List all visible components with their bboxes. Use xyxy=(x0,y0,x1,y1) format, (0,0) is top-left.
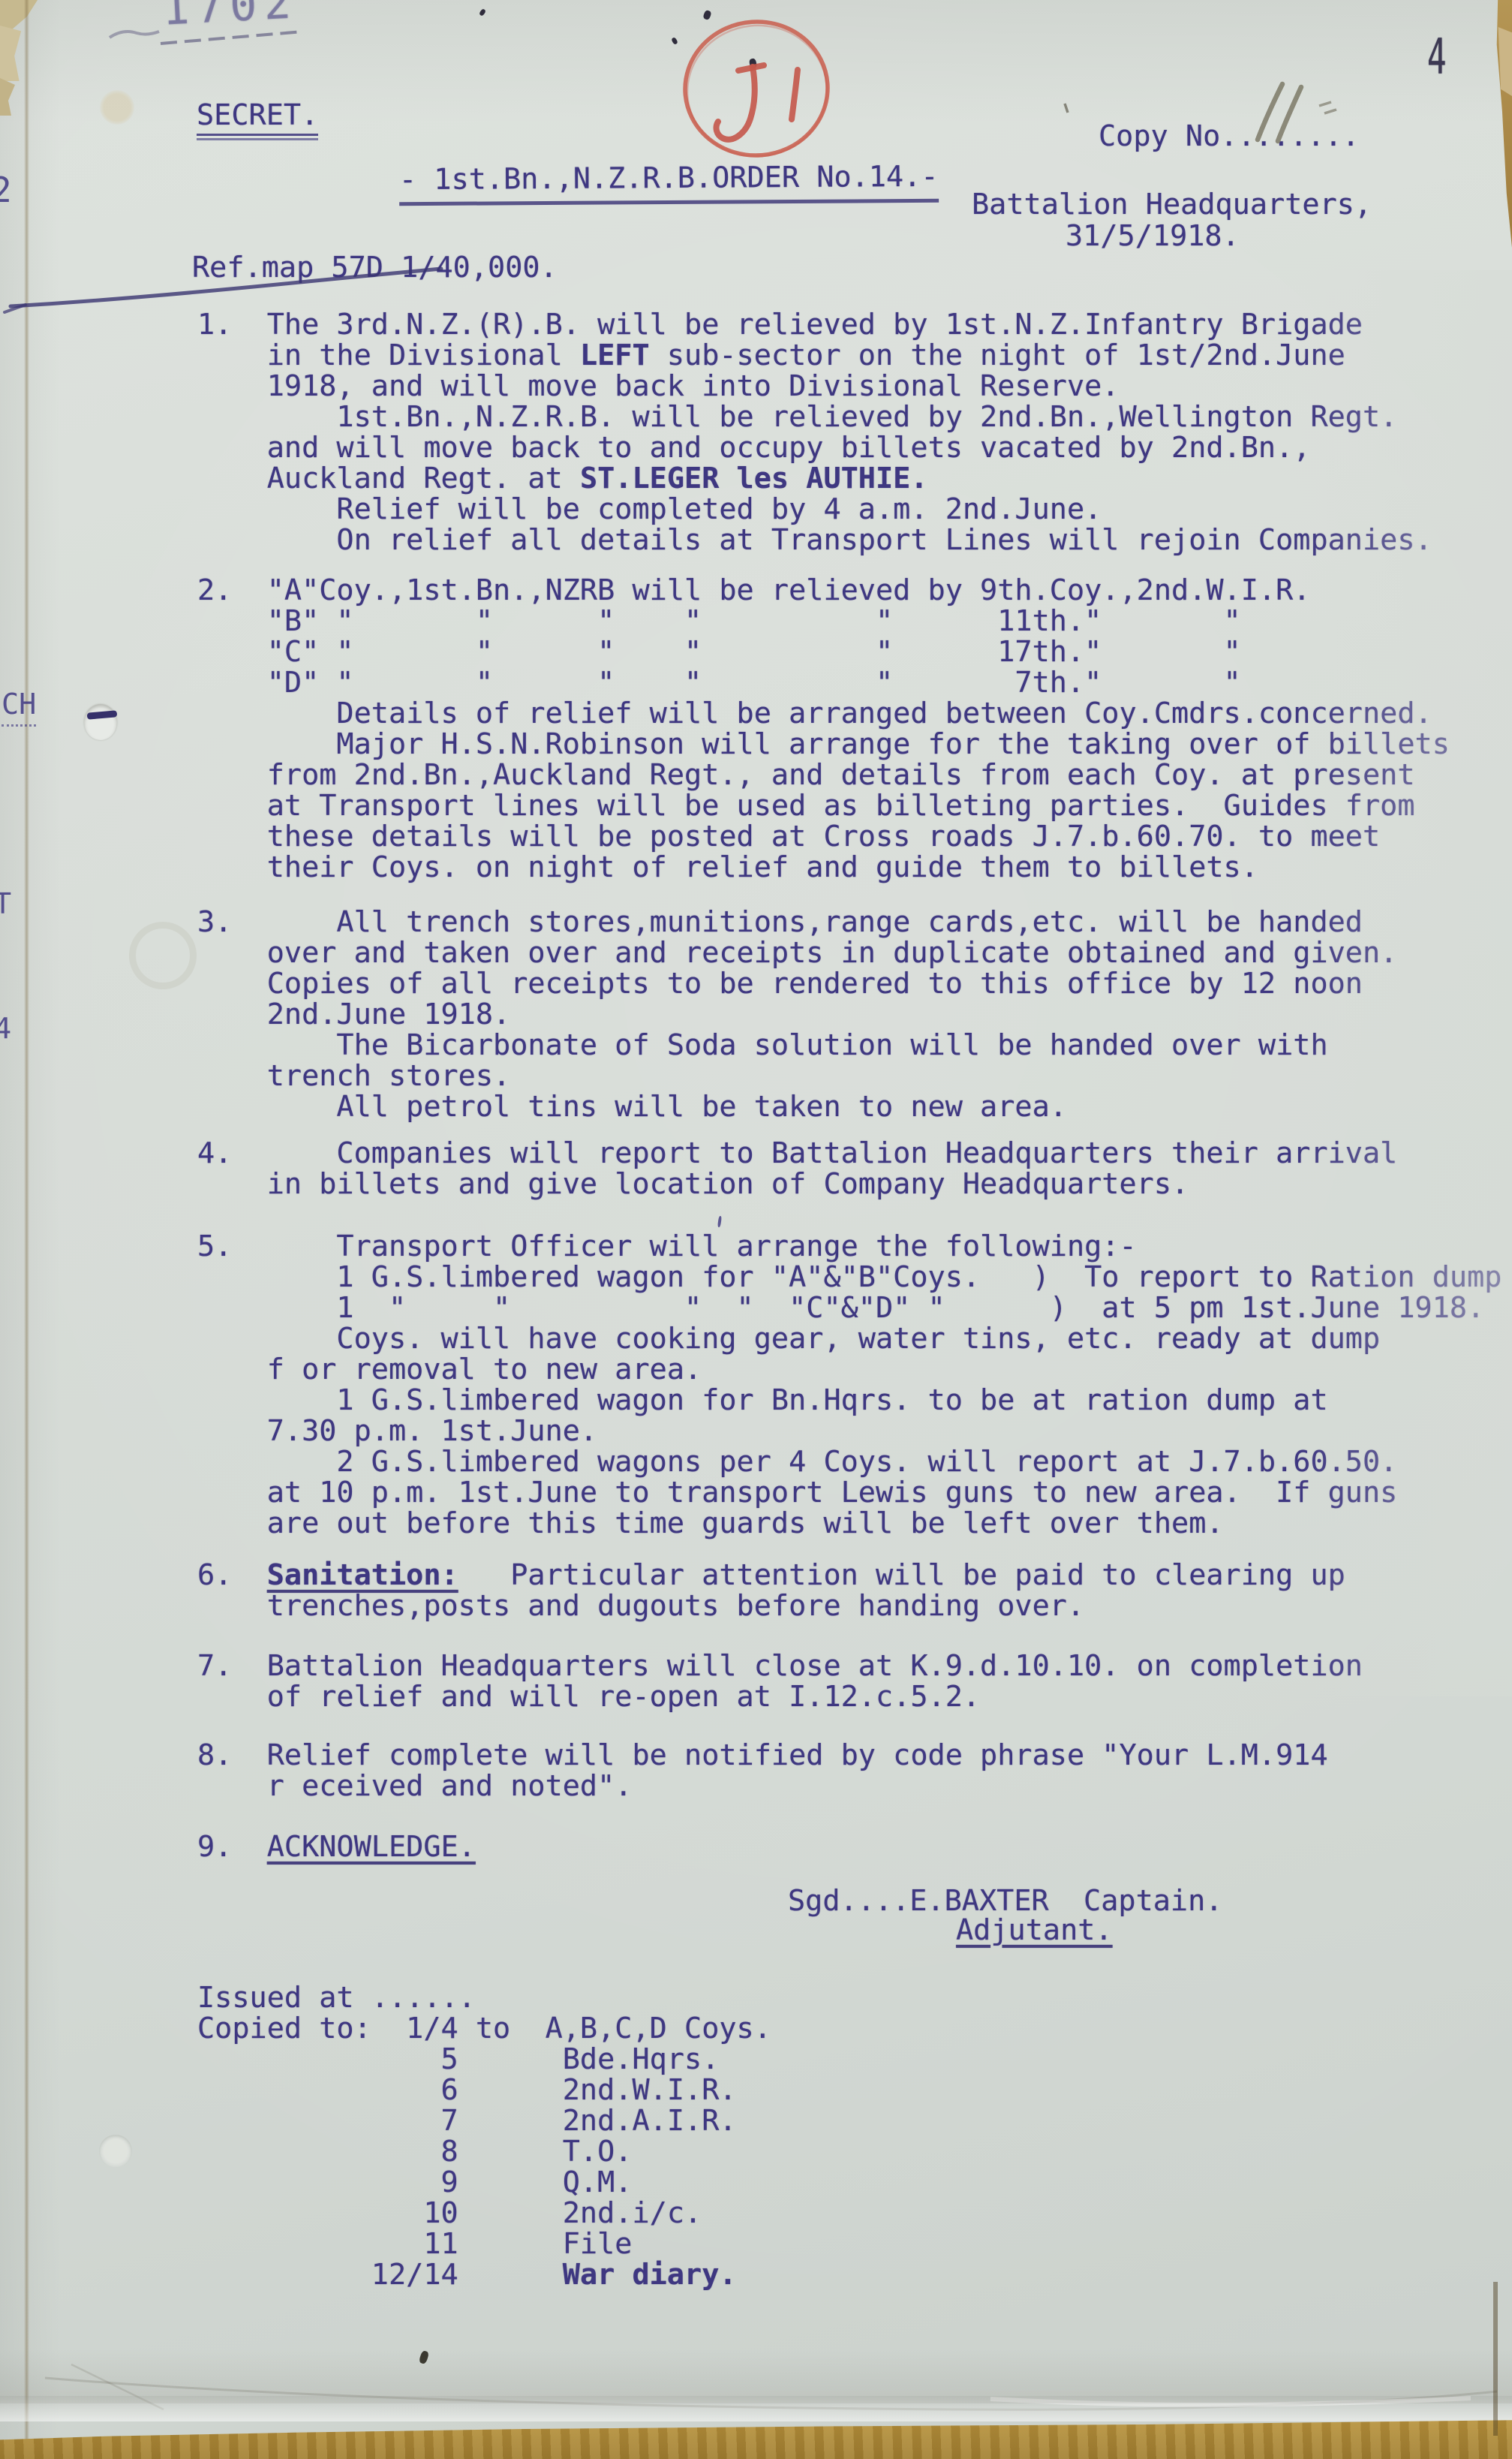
hole-punch xyxy=(99,2135,132,2168)
document-page: 2 CH T 4 1702 4 SECRET. Copy No........ … xyxy=(0,0,1512,2459)
order-title: - 1st.Bn.,N.Z.R.B.ORDER No.14.- xyxy=(399,161,939,206)
paragraph-3: 3. All trench stores,munitions,range car… xyxy=(197,907,1397,1122)
document-line: 7. Battalion Headquarters will close at … xyxy=(197,1651,1363,1681)
paragraph-2: 2. "A"Coy.,1st.Bn.,NZRB will be relieved… xyxy=(197,575,1450,883)
document-line: Details of relief will be arranged betwe… xyxy=(197,698,1450,729)
hole-punch xyxy=(84,704,117,740)
copy-number-line: Copy No........ xyxy=(1099,121,1360,152)
document-line: trench stores. xyxy=(197,1061,1397,1091)
paragraph-6: 6. Sanitation: Particular attention will… xyxy=(197,1560,1345,1621)
red-stamp-J1 xyxy=(681,17,834,164)
document-line: Adjutant. xyxy=(956,1915,1113,1946)
document-line: at Transport lines will be used as bille… xyxy=(197,790,1450,821)
document-line: "D" " " " " " 7th." " xyxy=(197,667,1450,698)
margin-fragment: 2 xyxy=(0,170,12,210)
copy-number-label: Copy No. xyxy=(1099,119,1237,153)
document-line: their Coys. on night of relief and guide… xyxy=(197,852,1450,883)
document-line: over and taken over and receipts in dupl… xyxy=(197,938,1397,968)
document-line: of relief and will re-open at I.12.c.5.2… xyxy=(197,1681,1363,1712)
document-line: Major H.S.N.Robinson will arrange for th… xyxy=(197,729,1450,760)
paragraph-7: 7. Battalion Headquarters will close at … xyxy=(197,1651,1363,1712)
binding-seam xyxy=(24,0,29,2459)
document-line: 12/14 War diary. xyxy=(197,2259,771,2290)
paragraph-1: 1. The 3rd.N.Z.(R).B. will be relieved b… xyxy=(197,309,1432,555)
document-line: 9 Q.M. xyxy=(197,2167,771,2198)
document-line: 5 Bde.Hqrs. xyxy=(197,2044,771,2075)
document-line: in billets and give location of Company … xyxy=(197,1169,1397,1199)
torn-paper-chunk xyxy=(0,78,15,116)
document-line: "C" " " " " " 17th." " xyxy=(197,637,1450,667)
document-line: these details will be posted at Cross ro… xyxy=(197,821,1450,852)
document-line: Issued at ...... xyxy=(197,1982,771,2013)
paragraph-4: 4. Companies will report to Battalion He… xyxy=(197,1138,1397,1199)
document-line: All petrol tins will be taken to new are… xyxy=(197,1091,1397,1122)
signature-role: Adjutant. xyxy=(956,1915,1113,1946)
document-line: On relief all details at Transport Lines… xyxy=(197,525,1432,555)
document-line: 1st.Bn.,N.Z.R.B. will be relieved by 2nd… xyxy=(197,402,1432,432)
document-line: The Bicarbonate of Soda solution will be… xyxy=(197,1030,1397,1061)
document-line: 4. Companies will report to Battalion He… xyxy=(197,1138,1397,1169)
margin-fragment: CH xyxy=(2,688,36,727)
pen-scribble xyxy=(110,32,159,38)
document-line: 6. Sanitation: Particular attention will… xyxy=(197,1560,1345,1591)
document-line: Relief will be completed by 4 a.m. 2nd.J… xyxy=(197,494,1432,525)
paragraph-9: 9. ACKNOWLEDGE. xyxy=(197,1831,476,1862)
document-line: Copied to: 1/4 to A,B,C,D Coys. xyxy=(197,2013,771,2044)
document-line: 2. "A"Coy.,1st.Bn.,NZRB will be relieved… xyxy=(197,575,1450,606)
paragraph-8: 8. Relief complete will be notified by c… xyxy=(197,1740,1328,1801)
stray-typed-mark xyxy=(717,1216,722,1227)
torn-paper-chunk xyxy=(0,0,38,30)
torn-paper-chunk xyxy=(0,26,24,81)
document-line: 11 File xyxy=(197,2229,771,2259)
ink-fleck xyxy=(749,58,758,69)
document-line: 10 2nd.i/c. xyxy=(197,2198,771,2229)
document-line: in the Divisional LEFT sub-sector on the… xyxy=(197,340,1432,371)
document-line: 9. ACKNOWLEDGE. xyxy=(197,1831,476,1862)
document-line: Copies of all receipts to be rendered to… xyxy=(197,968,1397,999)
document-line: 7 2nd.A.I.R. xyxy=(197,2105,771,2136)
document-line: 8. Relief complete will be notified by c… xyxy=(197,1740,1328,1771)
signature-line: Sgd....E.BAXTER Captain. xyxy=(788,1886,1222,1916)
water-stain xyxy=(129,922,197,989)
document-line: "B" " " " " " 11th." " xyxy=(197,606,1450,637)
page-edge-line xyxy=(1493,2282,1498,2436)
document-line: 6 2nd.W.I.R. xyxy=(197,2075,771,2105)
ink-fleck xyxy=(702,10,712,20)
hole-punch xyxy=(100,90,134,125)
classification-label: SECRET. xyxy=(197,100,318,140)
ink-fleck xyxy=(479,8,486,17)
document-line: r eceived and noted". xyxy=(197,1771,1328,1801)
document-line: 2nd.June 1918. xyxy=(197,999,1397,1030)
copy-number-dots: ....... xyxy=(1237,119,1359,153)
document-line: and will move back to and occupy billets… xyxy=(197,432,1432,463)
margin-fragment: T xyxy=(0,887,11,921)
date-line: 31/5/1918. xyxy=(1066,221,1240,251)
ink-fleck xyxy=(671,37,678,45)
paper-bottom-edge xyxy=(0,2396,1512,2421)
document-line: Sgd....E.BAXTER Captain. xyxy=(788,1886,1222,1916)
distribution-list: Issued at ......Copied to: 1/4 to A,B,C,… xyxy=(197,1982,771,2290)
document-line: 1. The 3rd.N.Z.(R).B. will be relieved b… xyxy=(197,309,1432,340)
document-line: trenches,posts and dugouts before handin… xyxy=(197,1591,1345,1621)
headquarters-line: Battalion Headquarters, xyxy=(972,189,1372,220)
faded-receipt-stamp: 1702 xyxy=(161,0,298,26)
document-line: Auckland Regt. at ST.LEGER les AUTHIE. xyxy=(197,463,1432,494)
cardboard-backing xyxy=(0,2415,1512,2459)
document-line: 8 T.O. xyxy=(197,2136,771,2167)
document-line: 1918, and will move back into Divisional… xyxy=(197,371,1432,402)
ink-fade-overlay xyxy=(1298,270,1512,1696)
map-reference-line: Ref.map 57D 1/40,000. xyxy=(192,252,558,283)
margin-fragment: 4 xyxy=(0,1012,11,1046)
page-number: 4 xyxy=(1427,38,1447,77)
document-line: 3. All trench stores,munitions,range car… xyxy=(197,907,1397,938)
document-line: from 2nd.Bn.,Auckland Regt., and details… xyxy=(197,760,1450,790)
